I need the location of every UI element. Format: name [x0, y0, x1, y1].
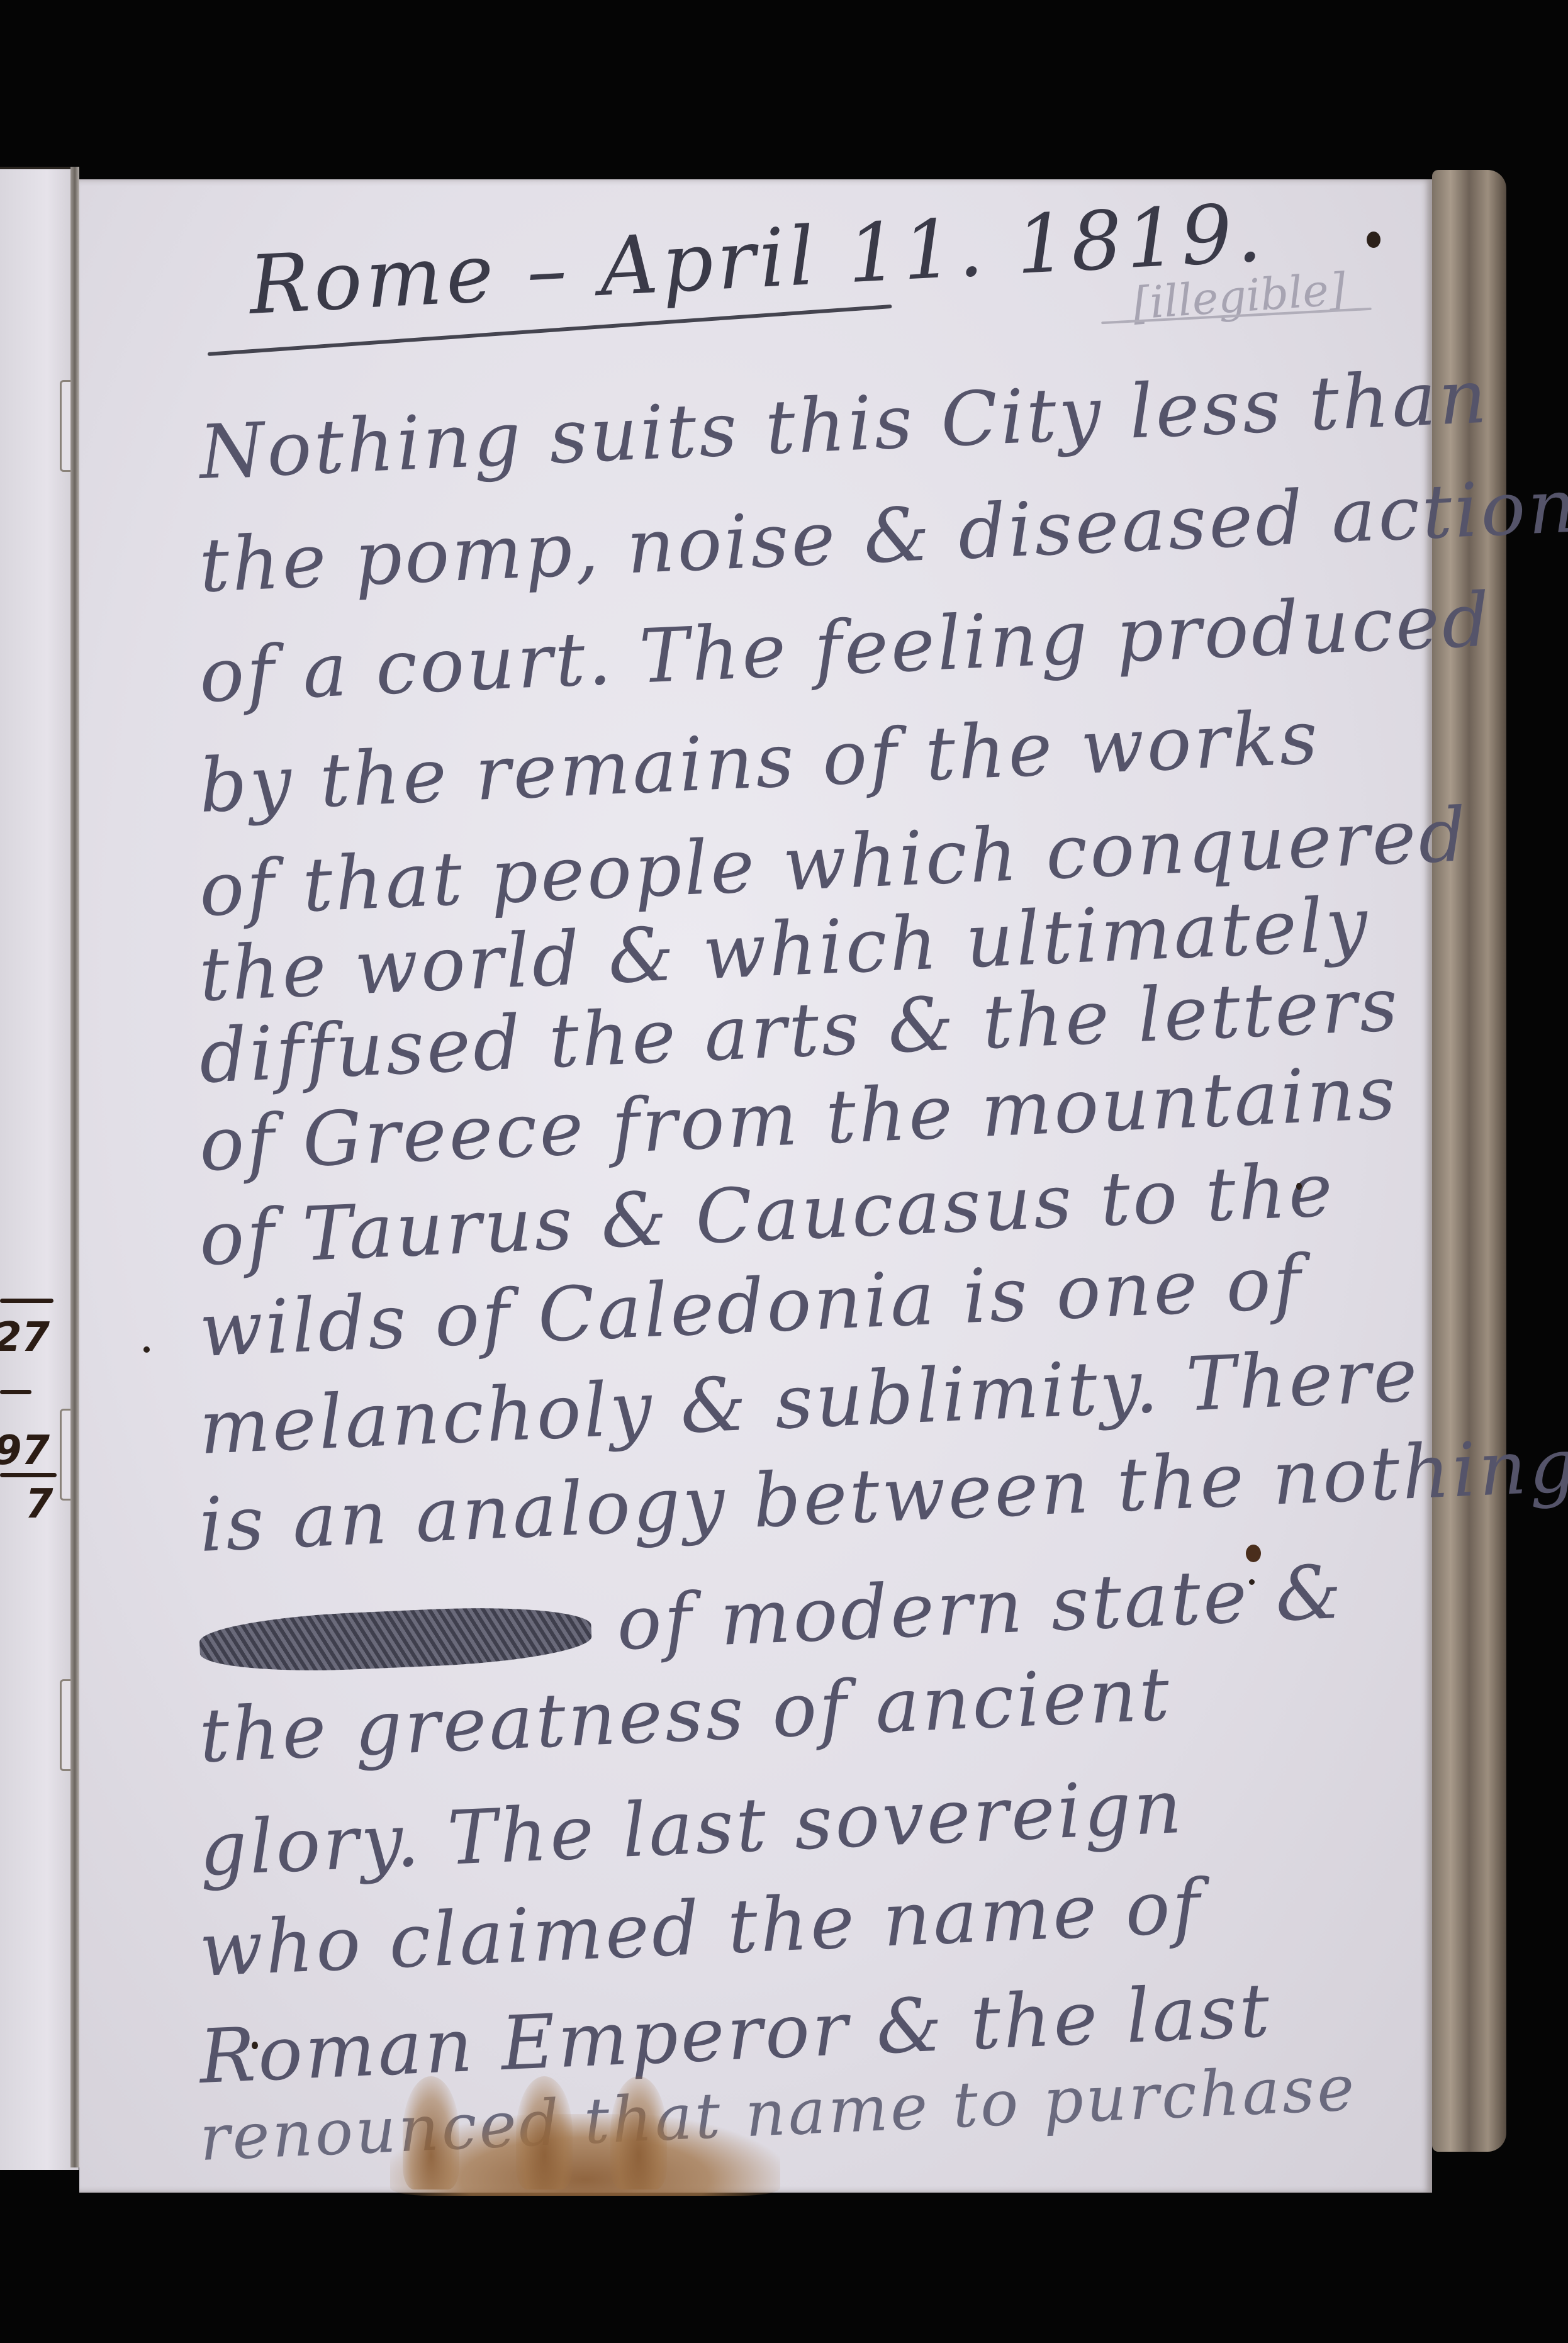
ink-spot — [143, 1346, 150, 1353]
book-gutter — [70, 167, 79, 2167]
entry-place: Rome — [247, 226, 500, 333]
previous-page-fragment: 27 97 7 — [0, 167, 79, 2170]
water-stain-peak — [403, 2076, 459, 2189]
heading-separator: – — [524, 222, 573, 318]
ink-rule — [0, 1473, 57, 1477]
ink-rule — [0, 1299, 53, 1303]
marginal-figure: 7 — [25, 1481, 53, 1528]
ink-spot — [1246, 1545, 1261, 1562]
ink-spot — [252, 2042, 258, 2049]
marginal-figure: 27 — [0, 1314, 50, 1361]
marginal-figure: 97 — [0, 1428, 50, 1474]
struck-out-word: greatness — [198, 1602, 592, 1676]
water-stain-peak — [516, 2076, 573, 2189]
ink-rule — [0, 1390, 31, 1394]
ink-spot — [1249, 1579, 1255, 1585]
ink-spot — [1367, 232, 1380, 248]
water-stain-peak — [610, 2076, 667, 2189]
ink-spot — [1296, 1183, 1302, 1190]
